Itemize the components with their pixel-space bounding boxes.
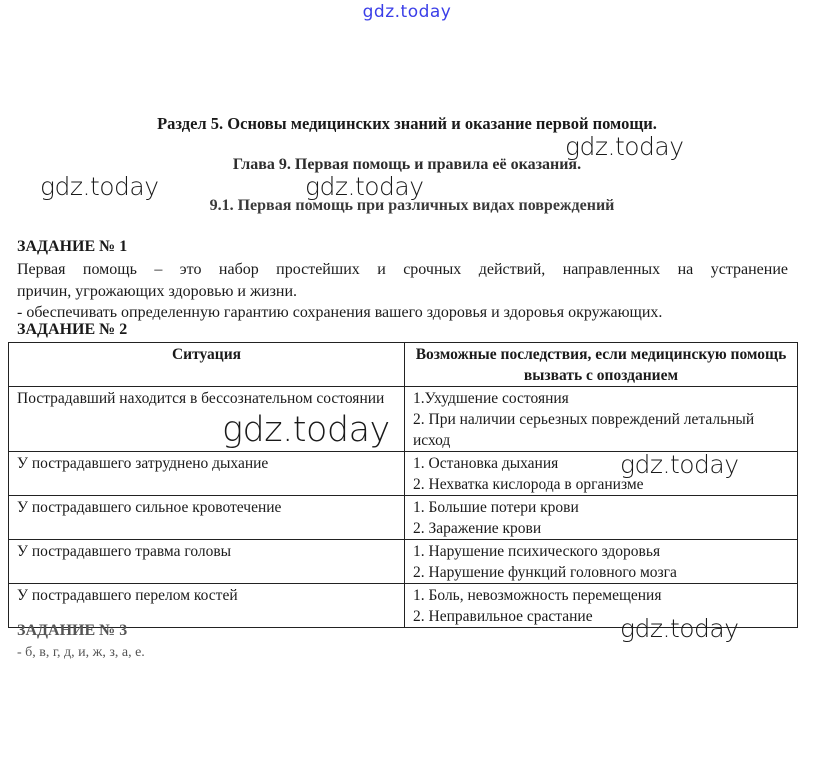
- situation-cell: У пострадавшего затруднено дыхание: [9, 452, 405, 496]
- section-heading: Раздел 5. Основы медицинских знаний и ок…: [0, 114, 814, 134]
- consequence-item: 2. Нарушение функций головного мозга: [413, 562, 789, 583]
- watermark: gdz.today: [620, 614, 739, 643]
- table-row: У пострадавшего сильное кровотечение1. Б…: [9, 496, 798, 540]
- watermark: gdz.today: [40, 172, 159, 201]
- task1-line2: причин, угрожающих здоровью и жизни.: [17, 281, 788, 302]
- consequences-cell: 1. Нарушение психического здоровья2. Нар…: [405, 540, 798, 584]
- consequence-item: 1. Большие потери крови: [413, 497, 789, 518]
- watermark-top: gdz.today: [0, 2, 814, 22]
- watermark: gdz.today: [222, 410, 390, 450]
- consequence-item: 1. Боль, невозможность перемещения: [413, 585, 789, 606]
- task1-title: ЗАДАНИЕ № 1: [17, 238, 127, 256]
- consequences-cell: 1. Большие потери крови2. Заражение кров…: [405, 496, 798, 540]
- task3-title: ЗАДАНИЕ № 3: [17, 622, 127, 640]
- consequences-cell: 1. Остановка дыхания2. Нехватка кислород…: [405, 452, 798, 496]
- consequences-cell: 1. Боль, невозможность перемещения2. Неп…: [405, 584, 798, 628]
- situation-cell: У пострадавшего сильное кровотечение: [9, 496, 405, 540]
- watermark: gdz.today: [565, 132, 684, 161]
- consequence-item: 2. При наличии серьезных повреждений лет…: [413, 409, 789, 451]
- header-situation: Ситуация: [9, 343, 405, 387]
- situation-cell: У пострадавшего перелом костей: [9, 584, 405, 628]
- table-row: У пострадавшего травма головы1. Нарушени…: [9, 540, 798, 584]
- task1-line1: Первая помощь – это набор простейших и с…: [17, 259, 788, 280]
- consequence-item: 2. Заражение крови: [413, 518, 789, 539]
- situation-cell: У пострадавшего травма головы: [9, 540, 405, 584]
- watermark: gdz.today: [305, 172, 424, 201]
- situations-table: Ситуация Возможные последствия, если мед…: [8, 342, 798, 628]
- consequences-cell: 1.Ухудшение состояния2. При наличии серь…: [405, 387, 798, 452]
- task3-answer: - б, в, г, д, и, ж, з, а, е.: [17, 642, 788, 663]
- header-consequences: Возможные последствия, если медицинскую …: [405, 343, 798, 387]
- task2-title: ЗАДАНИЕ № 2: [17, 321, 127, 339]
- task1-line3: - обеспечивать определенную гарантию сох…: [17, 302, 788, 323]
- watermark: gdz.today: [620, 450, 739, 479]
- table-header-row: Ситуация Возможные последствия, если мед…: [9, 343, 798, 387]
- consequence-item: 1. Нарушение психического здоровья: [413, 541, 789, 562]
- consequence-item: 1.Ухудшение состояния: [413, 388, 789, 409]
- table-row: Пострадавший находится в бессознательном…: [9, 387, 798, 452]
